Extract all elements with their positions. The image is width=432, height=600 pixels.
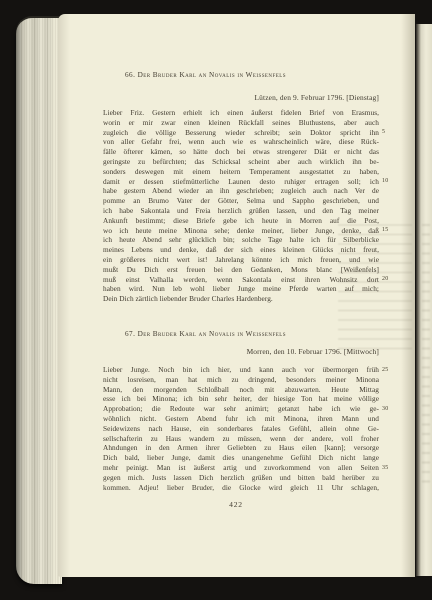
line-text: Lieber Junge. Noch bin ich hier, und kan… <box>103 365 379 374</box>
show-through-ghost-text <box>338 224 412 354</box>
text-line: nicht losreisen, man hat mich zu dringen… <box>103 375 379 385</box>
line-text: kommen. Adjeu! lieber Bruder, die Glocke… <box>103 483 379 492</box>
text-line: pomme an Brumo Vater der Götter, Selma u… <box>103 196 379 206</box>
text-line: ich habe Sakontala und Freia herzlich gr… <box>103 206 379 216</box>
text-line: Mann, den morgenden Schloßball noch mit … <box>103 385 379 395</box>
book-photo: 66. Der Bruder Karl an Novalis in Weisse… <box>0 0 432 600</box>
line-text: wöhnlich nicht. Gestern Abend fuhr ich m… <box>103 414 379 423</box>
text-line: zugleich die völlige Besserung wieder sc… <box>103 128 379 138</box>
line-text: Mann, den morgenden Schloßball noch mit … <box>103 385 379 394</box>
margin-line-number: 10 <box>382 177 402 187</box>
text-line: Ahndungen in den Armen ihrer Geliebten z… <box>103 443 379 453</box>
letter-66-heading: 66. Der Bruder Karl an Novalis in Weisse… <box>125 71 415 80</box>
line-text: Seidewizens nach Hause, ein sonderbares … <box>103 424 379 433</box>
line-text: gegen mich. Justs lassen Dich herzlich g… <box>103 473 379 482</box>
line-text: von aller Gefahr frei, wenn auch wie es … <box>103 137 379 146</box>
text-line: mehr peinigt. Man ist äußerst artig und … <box>103 463 379 473</box>
line-text: Dein Dich zärtlich liebender Bruder Char… <box>103 294 273 303</box>
text-line: esse ich bei Minona; ich bin sehr heiter… <box>103 394 379 404</box>
margin-line-number: 35 <box>382 464 402 474</box>
margin-line-number: 5 <box>382 128 402 138</box>
line-text: pomme an Brumo Vater der Götter, Selma u… <box>103 196 379 205</box>
line-text: geringste zu befürchten; das Schicksal s… <box>103 157 379 166</box>
text-line: Seidewizens nach Hause, ein sonderbares … <box>103 424 379 434</box>
page-stack-fore-edge <box>16 18 62 584</box>
book-page: 66. Der Bruder Karl an Novalis in Weisse… <box>58 14 415 577</box>
text-line: damit er dessen stiefmütterliche Launen … <box>103 177 379 187</box>
margin-line-number: 25 <box>382 366 402 376</box>
text-line: sellschafterin zu Haus wandern zu müssen… <box>103 434 379 444</box>
line-text: Lieber Friz. Gestern erhielt ich einen ä… <box>103 108 379 117</box>
line-text: Ahndungen in den Armen ihrer Geliebten z… <box>103 443 379 452</box>
line-text: zugleich die völlige Besserung wieder sc… <box>103 128 379 137</box>
line-text: mehr peinigt. Man ist äußerst artig und … <box>103 463 379 472</box>
text-line: von aller Gefahr frei, wenn auch wie es … <box>103 137 379 147</box>
text-line: Dich bald, lieber Junge, damit dies unan… <box>103 453 379 463</box>
text-line: worin er mir zwar einen kleinen Rückfall… <box>103 118 379 128</box>
line-text: nicht losreisen, man hat mich zu dringen… <box>103 375 379 384</box>
text-line: Approbation; die Redoute war sehr animir… <box>103 404 379 414</box>
line-text: fälle öfterer kämen, so hätte doch bei e… <box>103 147 379 156</box>
line-text: esse ich bei Minona; ich bin sehr heiter… <box>103 394 379 403</box>
line-text: worin er mir zwar einen kleinen Rückfall… <box>103 118 379 127</box>
line-text: damit er dessen stiefmütterliche Launen … <box>103 177 379 186</box>
line-text: sonders deswegen mit einem heitern Tempe… <box>103 167 379 176</box>
text-line: geringste zu befürchten; das Schicksal s… <box>103 157 379 167</box>
line-text: habe gestern Abend wieder an ihn geschri… <box>103 186 379 195</box>
line-text: sellschafterin zu Haus wandern zu müssen… <box>103 434 379 443</box>
text-line: fälle öfterer kämen, so hätte doch bei e… <box>103 147 379 157</box>
margin-line-number: 30 <box>382 405 402 415</box>
line-text: ich habe Sakontala und Freia herzlich gr… <box>103 206 379 215</box>
page-number: 422 <box>103 500 369 509</box>
text-line: wöhnlich nicht. Gestern Abend fuhr ich m… <box>103 414 379 424</box>
line-text: Approbation; die Redoute war sehr animir… <box>103 404 379 413</box>
text-line: habe gestern Abend wieder an ihn geschri… <box>103 186 379 196</box>
text-line: sonders deswegen mit einem heitern Tempe… <box>103 167 379 177</box>
facing-page-gutter-edge <box>416 24 432 576</box>
text-line: kommen. Adjeu! lieber Bruder, die Glocke… <box>103 483 379 493</box>
text-line: gegen mich. Justs lassen Dich herzlich g… <box>103 473 379 483</box>
text-line: Lieber Friz. Gestern erhielt ich einen ä… <box>103 108 379 118</box>
letter-66-dateline: Lützen, den 9. Februar 1796. [Dienstag] <box>103 93 379 102</box>
line-text: Dich bald, lieber Junge, damit dies unan… <box>103 453 379 462</box>
text-line: Lieber Junge. Noch bin ich hier, und kan… <box>103 365 379 375</box>
letter-67-body: Lieber Junge. Noch bin ich hier, und kan… <box>103 365 379 492</box>
